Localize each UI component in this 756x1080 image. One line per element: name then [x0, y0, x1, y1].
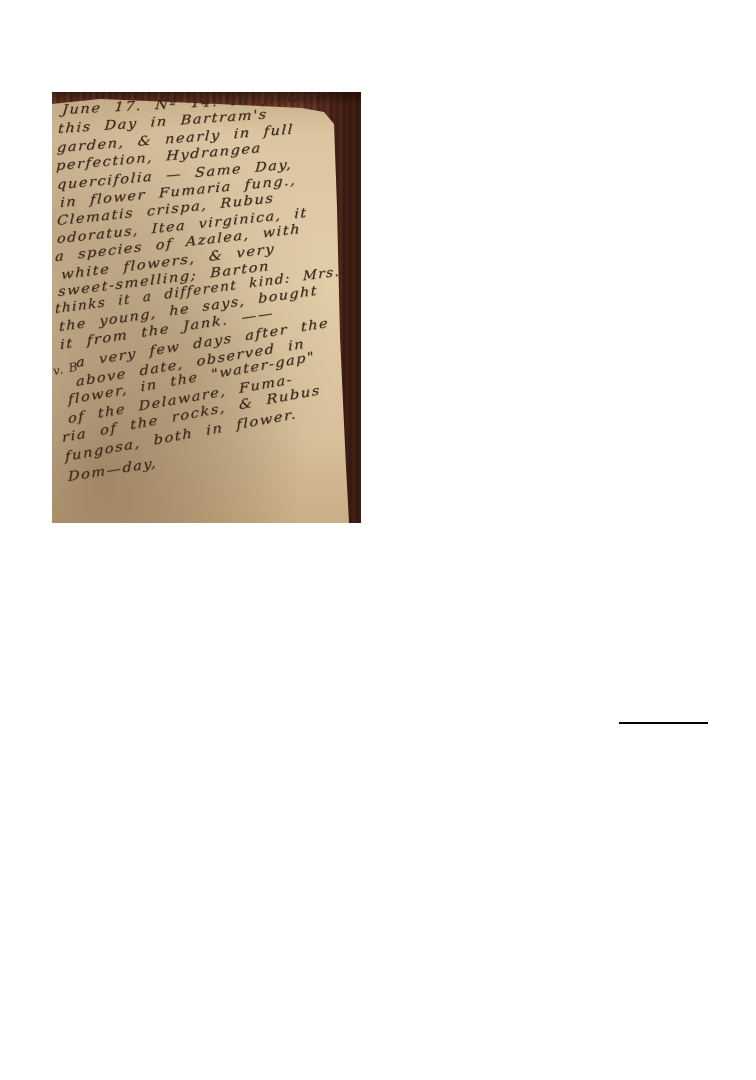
- footnote-rule: [619, 722, 708, 724]
- document-page: June 17. Nº 14. In flower this Day in Ba…: [0, 0, 756, 1080]
- manuscript-photo: June 17. Nº 14. In flower this Day in Ba…: [52, 92, 361, 523]
